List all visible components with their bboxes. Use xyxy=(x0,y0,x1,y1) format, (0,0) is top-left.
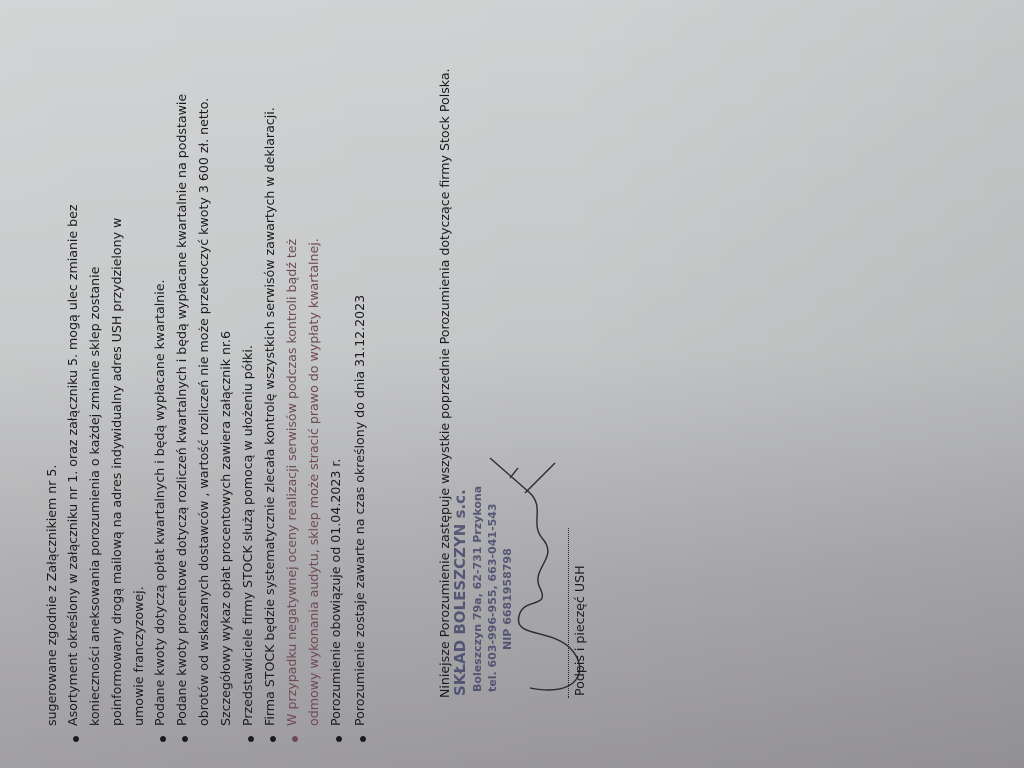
text-line: sugerowane zgodnie z Załącznikiem nr 5. xyxy=(44,465,59,726)
bullet-icon xyxy=(292,736,298,742)
text-line: konieczności aneksowania porozumienia o … xyxy=(87,267,102,726)
bullet-icon xyxy=(248,736,254,742)
list-item-assortment: Asortyment określony w załączniku nr 1. … xyxy=(65,204,80,726)
text-line: Szczegółowy wykaz opłat procentowych zaw… xyxy=(218,331,233,726)
company-stamp-name: SKŁAD BOLESZCZYN s.c. xyxy=(451,489,469,696)
list-item-amounts: Podane kwoty dotyczą opłat kwartalnych i… xyxy=(152,279,167,726)
document-page: sugerowane zgodnie z Załącznikiem nr 5. … xyxy=(0,0,1024,768)
closing-statement: Niniejsze Porozumienie zastępuje wszystk… xyxy=(437,68,452,698)
text-line: odmowy wykonania audytu, sklep może stra… xyxy=(306,238,321,726)
text-line: poinformowany drogą mailową na adres ind… xyxy=(109,218,124,726)
signature-line xyxy=(568,528,569,698)
bullet-icon xyxy=(182,736,188,742)
bullet-icon xyxy=(73,736,79,742)
list-item-representatives: Przedstawiciele firmy STOCK służą pomocą… xyxy=(240,345,255,726)
list-item-validity-end: Porozumienie zostaje zawarte na czas okr… xyxy=(352,295,367,726)
text-line: umowie franczyzowej. xyxy=(131,586,146,726)
list-item-audit: W przypadku negatywnej oceny realizacji … xyxy=(284,239,299,726)
bullet-icon xyxy=(270,736,276,742)
text-line: obrotów od wskazanych dostawców , wartoś… xyxy=(196,98,211,726)
list-item-control: Firma STOCK będzie systematycznie zlecał… xyxy=(262,107,277,726)
bullet-icon xyxy=(360,736,366,742)
bullet-icon xyxy=(160,736,166,742)
list-item-percentages: Podane kwoty procentowe dotyczą rozlicze… xyxy=(174,94,189,726)
list-item-validity-start: Porozumienie obowiązuje od 01.04.2023 r. xyxy=(328,459,343,726)
bullet-icon xyxy=(336,736,342,742)
signature-label: Podpis i pieczęć USH xyxy=(572,565,587,696)
